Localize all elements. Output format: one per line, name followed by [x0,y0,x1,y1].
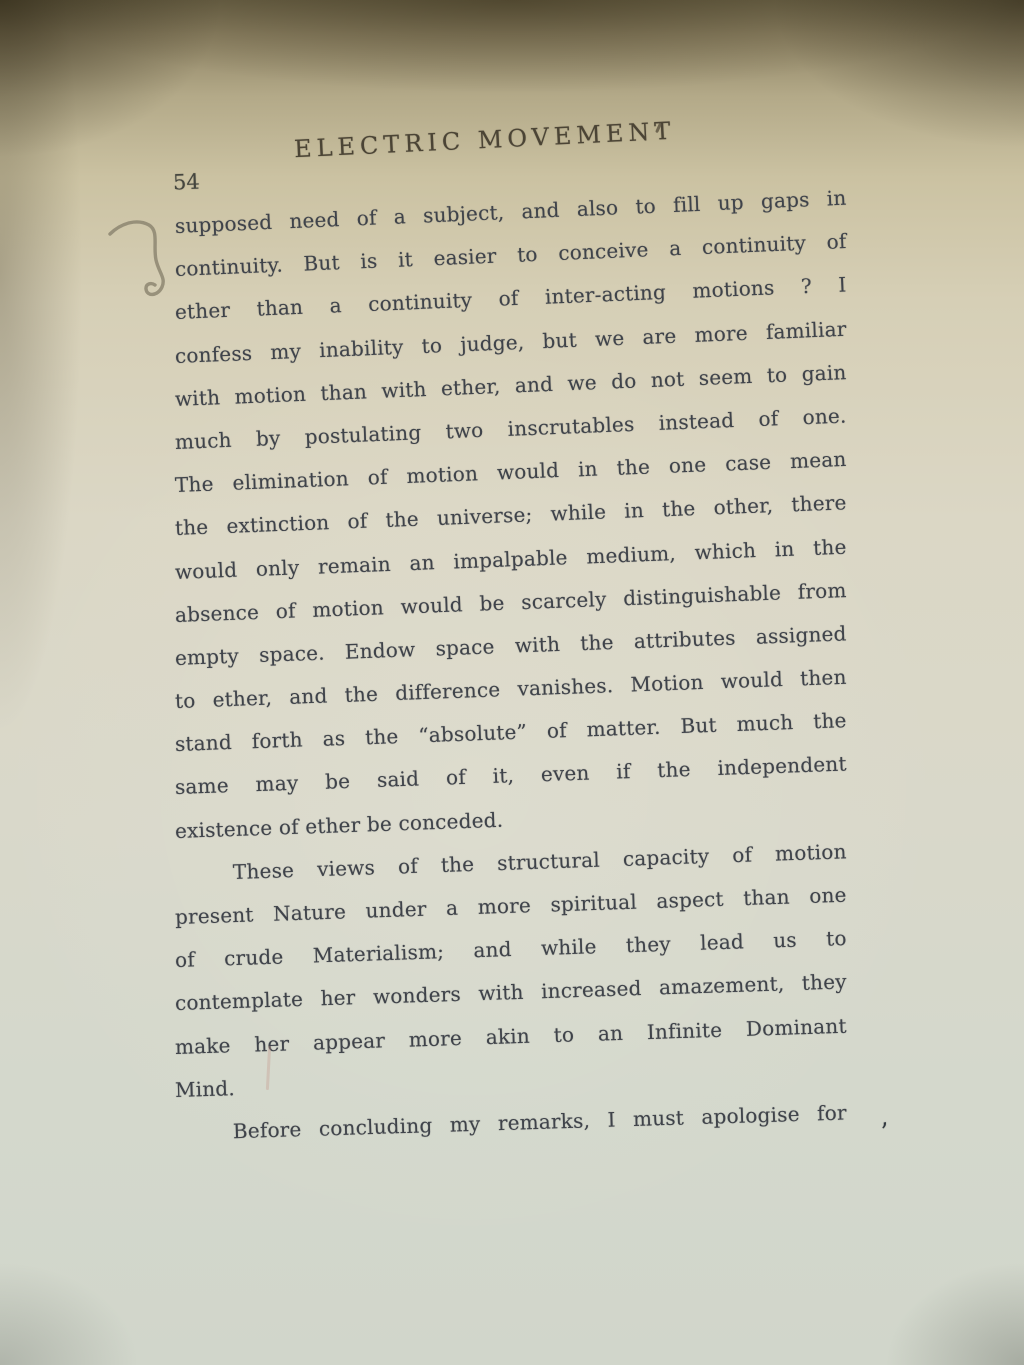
page-number: 54 [173,170,201,195]
stray-ink-mark: , [878,1103,889,1132]
running-header-title: ELECTRIC MOVEMENT [279,116,690,164]
body-text: supposed need of a subject, and also to … [175,205,847,1155]
book-page-photo: 54 ELECTRIC MOVEMENT supposed need of a … [0,0,1024,1365]
pencil-squiggle-icon [106,214,178,300]
